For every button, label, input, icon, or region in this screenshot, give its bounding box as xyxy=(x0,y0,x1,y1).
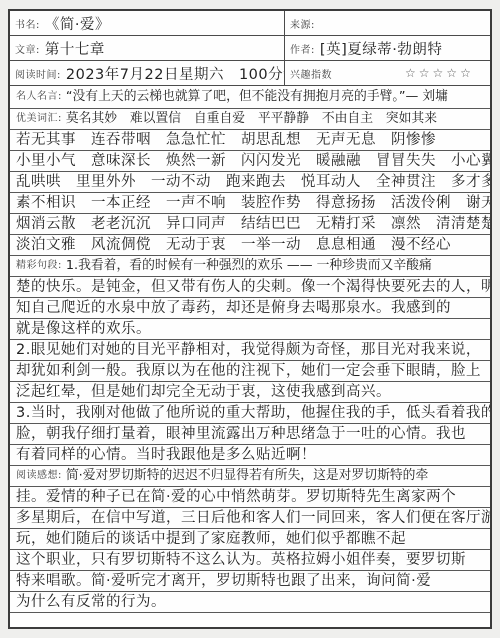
book-title-label: 书名: xyxy=(15,16,40,31)
author-cell: 作者: [英]夏绿蒂·勃朗特 xyxy=(285,36,490,61)
passage-line: 知自己爬近的水泉中放了毒药，却还是俯身去喝那泉水。我感到的 xyxy=(10,298,490,319)
vocab-line: 淡泊文雅 风流倜傥 无动于衷 一举一动 息息相通 漫不经心 xyxy=(10,235,490,256)
interest-cell: 兴趣指数 ☆☆☆☆☆ xyxy=(285,61,490,86)
article-cell: 文章: 第十七章 xyxy=(10,36,285,61)
passage-line: 却犹如利剑一般。我原以为在他的注视下，她们一定会垂下眼睛，脸上 xyxy=(10,361,490,382)
article-value: 第十七章 xyxy=(45,38,105,59)
passages-first-line: 精彩句段: 1.我看着，看的时候有一种强烈的欢乐 —— 一种珍贵而又辛酸痛 xyxy=(10,256,490,277)
reflection-section: 阅读感想: 简·爱对罗切斯特的迟迟不归显得若有所失，这是对罗切斯特的牵 挂。爱情… xyxy=(10,466,490,613)
header-table: 书名: 《简·爱》 来源: 文章: 第十七章 作者: [英]夏绿蒂·勃朗特 阅读… xyxy=(10,11,490,86)
passages-section: 精彩句段: 1.我看着，看的时候有一种强烈的欢乐 —— 一种珍贵而又辛酸痛 楚的… xyxy=(10,256,490,466)
reading-time-label: 阅读时间: xyxy=(15,66,61,81)
reflection-line: 特来唱歌。简·爱听完才离开，罗切斯特也跟了出来，询问简·爱 xyxy=(10,571,490,592)
reflection-label: 阅读感想: xyxy=(16,466,62,486)
star-rating-icons: ☆☆☆☆☆ xyxy=(405,66,474,80)
reading-time-value: 2023年7月22日星期六 100分钟 xyxy=(66,63,285,84)
source-cell: 来源: xyxy=(285,11,490,36)
passage-line: 2.眼见她们对她的目光平静相对，我觉得颇为奇怪，那目光对我来说， xyxy=(10,340,490,361)
famous-quote-text: “没有上天的云梯也就算了吧，但不能没有拥抱月亮的手臂。”— 刘墉 xyxy=(66,86,448,108)
passage-line: 脸，朝我仔细打量着，眼神里流露出万种思绪急于一吐的心情。我也 xyxy=(10,424,490,445)
reflection-lines: 挂。爱情的种子已在简·爱的心中悄然萌芽。罗切斯特先生离家两个多星期后，在信中写道… xyxy=(10,487,490,613)
vocab-line: 若无其事 连吞带咽 急急忙忙 胡思乱想 无声无息 阴惨惨 xyxy=(10,130,490,151)
passage-line: 泛起红晕，但是她们却完全无动于衷，这使我感到高兴。 xyxy=(10,382,490,403)
reflection-line: 这个职业，只有罗切斯特不这么认为。英格拉姆小姐伴奏，要罗切斯 xyxy=(10,550,490,571)
passage-line: 就是像这样的欢乐。 xyxy=(10,319,490,340)
reflection-line: 挂。爱情的种子已在简·爱的心中悄然萌芽。罗切斯特先生离家两个 xyxy=(10,487,490,508)
vocab-first-line: 优美词汇: 莫名其妙 难以置信 自重自爱 平平静静 不由自主 突如其来 xyxy=(10,109,490,130)
passages-line-text: 1.我看着，看的时候有一种强烈的欢乐 —— 一种珍贵而又辛酸痛 xyxy=(66,256,432,276)
passages-label: 精彩句段: xyxy=(16,256,62,276)
source-label: 来源: xyxy=(290,16,315,31)
book-title-value: 《简·爱》 xyxy=(45,13,110,34)
author-value: [英]夏绿蒂·勃朗特 xyxy=(320,38,442,59)
vocab-line: 素不相识 一本正经 一声不响 装腔作势 得意扬扬 活泼伶俐 谢天谢地 xyxy=(10,193,490,214)
passage-line: 有着同样的心情。当时我跟他是多么贴近啊！ xyxy=(10,445,490,466)
passages-lines: 楚的快乐。是钝金，但又带有伤人的尖刺。像一个渴得快要死去的人，明知自己爬近的水泉… xyxy=(10,277,490,466)
bottom-whitespace xyxy=(10,613,490,629)
famous-quote-row: 名人名言: “没有上天的云梯也就算了吧，但不能没有拥抱月亮的手臂。”— 刘墉 xyxy=(10,86,490,109)
vocab-label: 优美词汇: xyxy=(16,109,62,129)
famous-quote-label: 名人名言: xyxy=(16,86,62,108)
reflection-first-line: 阅读感想: 简·爱对罗切斯特的迟迟不归显得若有所失，这是对罗切斯特的牵 xyxy=(10,466,490,487)
passage-line: 3.当时，我刚对他做了他所说的重大帮助，他握住我的手，低头看着我的 xyxy=(10,403,490,424)
book-title-cell: 书名: 《简·爱》 xyxy=(10,11,285,36)
interest-label: 兴趣指数 xyxy=(290,66,332,81)
vocab-line: 烟消云散 老老沉沉 异口同声 结结巴巴 无精打采 凛然 清清楚楚 xyxy=(10,214,490,235)
author-label: 作者: xyxy=(290,41,315,56)
reflection-line: 多星期后，在信中写道，三日后他和客人们一同回来，客人们便在客厅游 xyxy=(10,508,490,529)
reflection-line: 为什么有反常的行为。 xyxy=(10,592,490,613)
vocab-line: 乱哄哄 里里外外 一动不动 跑来跑去 悦耳动人 全神贯注 多才多艺 xyxy=(10,172,490,193)
reading-record-card: 书名: 《简·爱》 来源: 文章: 第十七章 作者: [英]夏绿蒂·勃朗特 阅读… xyxy=(8,9,492,629)
reading-time-cell: 阅读时间: 2023年7月22日星期六 100分钟 xyxy=(10,61,285,86)
passage-line: 楚的快乐。是钝金，但又带有伤人的尖刺。像一个渴得快要死去的人，明 xyxy=(10,277,490,298)
vocab-lines: 若无其事 连吞带咽 急急忙忙 胡思乱想 无声无息 阴惨惨小里小气 意味深长 焕然… xyxy=(10,130,490,256)
vocab-line: 小里小气 意味深长 焕然一新 闪闪发光 暖融融 冒冒失失 小心翼翼 xyxy=(10,151,490,172)
reflection-line: 玩，她们随后的谈话中提到了家庭教师，她们似乎都瞧不起 xyxy=(10,529,490,550)
vocab-line-text: 莫名其妙 难以置信 自重自爱 平平静静 不由自主 突如其来 xyxy=(66,109,437,129)
vocab-section: 优美词汇: 莫名其妙 难以置信 自重自爱 平平静静 不由自主 突如其来 若无其事… xyxy=(10,109,490,256)
reflection-line-text: 简·爱对罗切斯特的迟迟不归显得若有所失，这是对罗切斯特的牵 xyxy=(66,466,428,486)
article-label: 文章: xyxy=(15,41,40,56)
